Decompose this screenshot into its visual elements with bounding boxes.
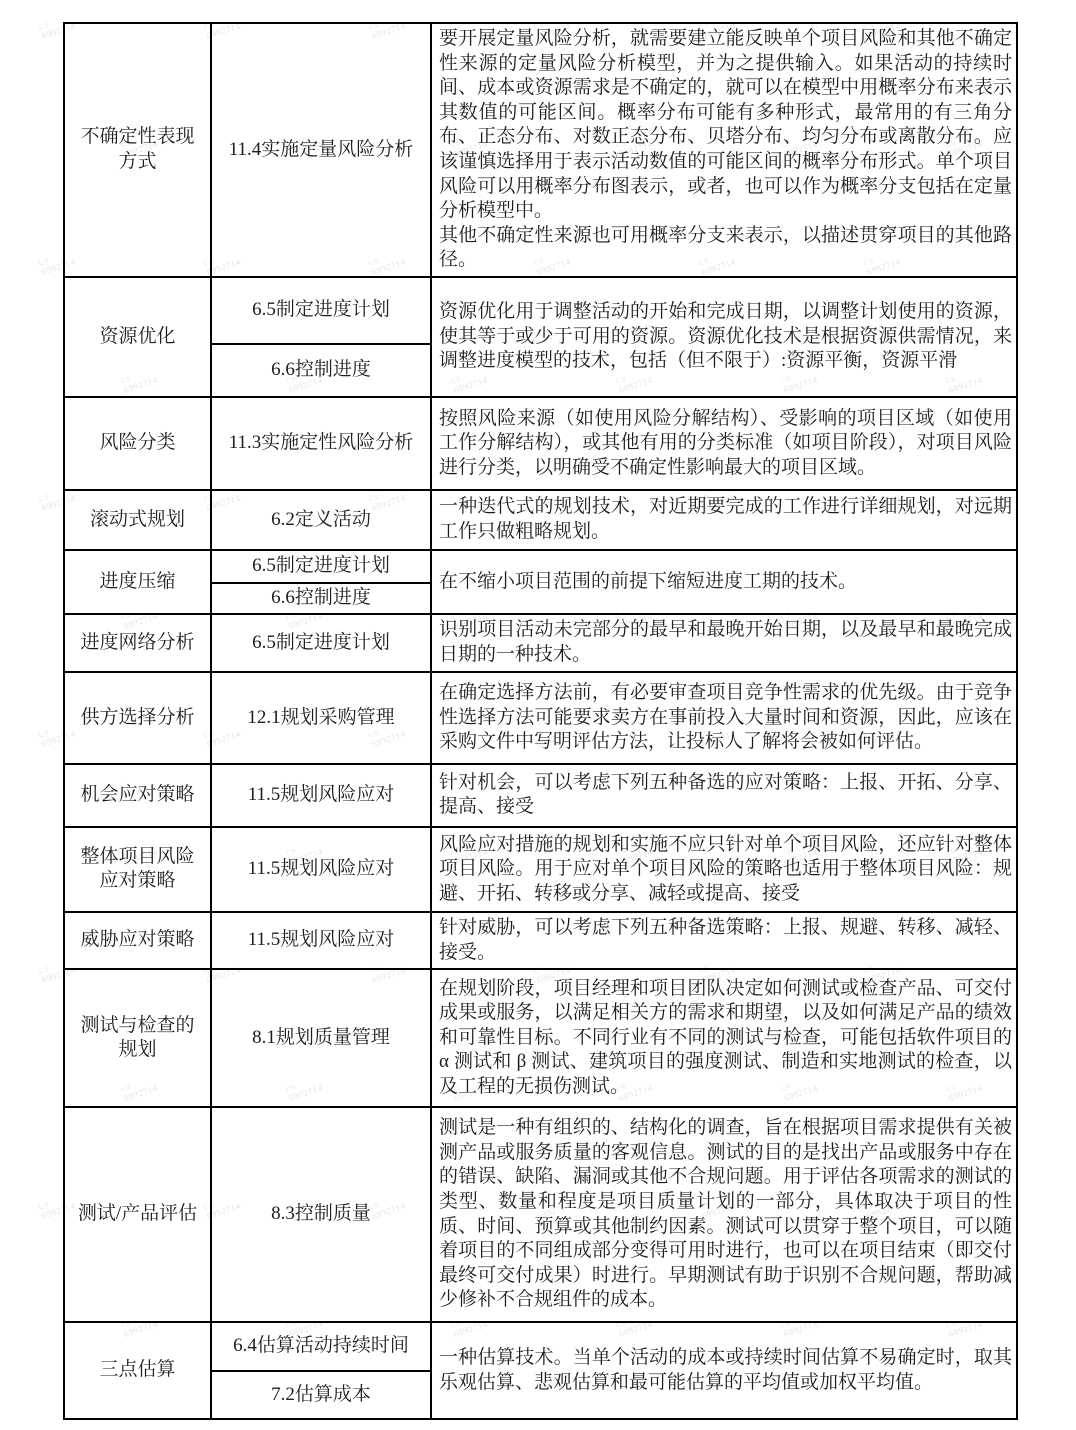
term-cell: 资源优化 — [64, 277, 211, 397]
process-cell: 12.1规划采购管理 — [211, 672, 431, 764]
table-row: 机会应对策略 11.5规划风险应对 针对机会，可以考虑下列五种备选的应对策略：上… — [64, 764, 1017, 827]
term-cell: 整体项目风险应对策略 — [64, 827, 211, 912]
table-row: 供方选择分析 12.1规划采购管理 在确定选择方法前，有必要审查项目竞争性需求的… — [64, 672, 1017, 764]
table-row: 滚动式规划 6.2定义活动 一种迭代式的规划技术，对近期要完成的工作进行详细规划… — [64, 490, 1017, 550]
term-cell: 测试/产品评估 — [64, 1107, 211, 1322]
description-cell: 按照风险来源（如使用风险分解结构）、受影响的项目区域（如使用工作分解结构），或其… — [431, 397, 1017, 490]
table-row: 资源优化 6.5制定进度计划 资源优化用于调整活动的开始和完成日期，以调整计划使… — [64, 277, 1017, 344]
table-row: 测试与检查的规划 8.1规划质量管理 在规划阶段，项目经理和项目团队决定如何测试… — [64, 969, 1017, 1107]
process-cell: 6.6控制进度 — [211, 344, 431, 397]
description-cell: 在确定选择方法前，有必要审查项目竞争性需求的优先级。由于竞争性选择方法可能要求卖… — [431, 672, 1017, 764]
table-row: 不确定性表现方式 11.4实施定量风险分析 要开展定量风险分析，就需要建立能反映… — [64, 23, 1017, 277]
description-cell: 识别项目活动未完部分的最早和最晚开始日期，以及最早和最晚完成日期的一种技术。 — [431, 614, 1017, 672]
description-cell: 风险应对措施的规划和实施不应只针对单个项目风险，还应针对整体项目风险。用于应对单… — [431, 827, 1017, 912]
glossary-table: 不确定性表现方式 11.4实施定量风险分析 要开展定量风险分析，就需要建立能反映… — [63, 22, 1018, 1420]
description-cell: 一种估算技术。当单个活动的成本或持续时间估算不易确定时，取其乐观估算、悲观估算和… — [431, 1322, 1017, 1419]
description-cell: 针对威胁，可以考虑下列五种备选策略：上报、规避、转移、减轻、接受。 — [431, 912, 1017, 969]
term-cell: 滚动式规划 — [64, 490, 211, 550]
process-cell: 6.5制定进度计划 — [211, 277, 431, 344]
process-cell: 11.5规划风险应对 — [211, 764, 431, 827]
description-cell: 针对机会，可以考虑下列五种备选的应对策略：上报、开拓、分享、提高、接受 — [431, 764, 1017, 827]
process-cell: 6.6控制进度 — [211, 583, 431, 614]
term-cell: 进度压缩 — [64, 550, 211, 614]
term-cell: 三点估算 — [64, 1322, 211, 1419]
description-cell: 测试是一种有组织的、结构化的调查，旨在根据项目需求提供有关被测产品或服务质量的客… — [431, 1107, 1017, 1322]
term-cell: 供方选择分析 — [64, 672, 211, 764]
description-cell: 资源优化用于调整活动的开始和完成日期，以调整计划使用的资源，使其等于或少于可用的… — [431, 277, 1017, 397]
document-page: C96992714C96992714C96992714C96992714C969… — [0, 0, 1076, 1430]
table-row: 进度压缩 6.5制定进度计划 在不缩小项目范围的前提下缩短进度工期的技术。 — [64, 550, 1017, 583]
term-cell: 测试与检查的规划 — [64, 969, 211, 1107]
term-cell: 威胁应对策略 — [64, 912, 211, 969]
table-row: 进度网络分析 6.5制定进度计划 识别项目活动未完部分的最早和最晚开始日期，以及… — [64, 614, 1017, 672]
process-cell: 6.4估算活动持续时间 — [211, 1322, 431, 1371]
description-cell: 在不缩小项目范围的前提下缩短进度工期的技术。 — [431, 550, 1017, 614]
process-cell: 11.4实施定量风险分析 — [211, 23, 431, 277]
process-cell: 11.5规划风险应对 — [211, 912, 431, 969]
term-cell: 进度网络分析 — [64, 614, 211, 672]
term-cell: 风险分类 — [64, 397, 211, 490]
table-row: 整体项目风险应对策略 11.5规划风险应对 风险应对措施的规划和实施不应只针对单… — [64, 827, 1017, 912]
term-cell: 不确定性表现方式 — [64, 23, 211, 277]
process-cell: 6.5制定进度计划 — [211, 550, 431, 583]
process-cell: 11.5规划风险应对 — [211, 827, 431, 912]
process-cell: 6.5制定进度计划 — [211, 614, 431, 672]
table-row: 威胁应对策略 11.5规划风险应对 针对威胁，可以考虑下列五种备选策略：上报、规… — [64, 912, 1017, 969]
process-cell: 8.1规划质量管理 — [211, 969, 431, 1107]
description-cell: 要开展定量风险分析，就需要建立能反映单个项目风险和其他不确定性来源的定量风险分析… — [431, 23, 1017, 277]
description-cell: 在规划阶段，项目经理和项目团队决定如何测试或检查产品、可交付成果或服务，以满足相… — [431, 969, 1017, 1107]
table-row: 风险分类 11.3实施定性风险分析 按照风险来源（如使用风险分解结构）、受影响的… — [64, 397, 1017, 490]
process-cell: 7.2估算成本 — [211, 1371, 431, 1419]
description-cell: 一种迭代式的规划技术，对近期要完成的工作进行详细规划，对远期工作只做粗略规划。 — [431, 490, 1017, 550]
table-row: 测试/产品评估 8.3控制质量 测试是一种有组织的、结构化的调查，旨在根据项目需… — [64, 1107, 1017, 1322]
term-cell: 机会应对策略 — [64, 764, 211, 827]
process-cell: 11.3实施定性风险分析 — [211, 397, 431, 490]
table-row: 三点估算 6.4估算活动持续时间 一种估算技术。当单个活动的成本或持续时间估算不… — [64, 1322, 1017, 1371]
process-cell: 6.2定义活动 — [211, 490, 431, 550]
process-cell: 8.3控制质量 — [211, 1107, 431, 1322]
